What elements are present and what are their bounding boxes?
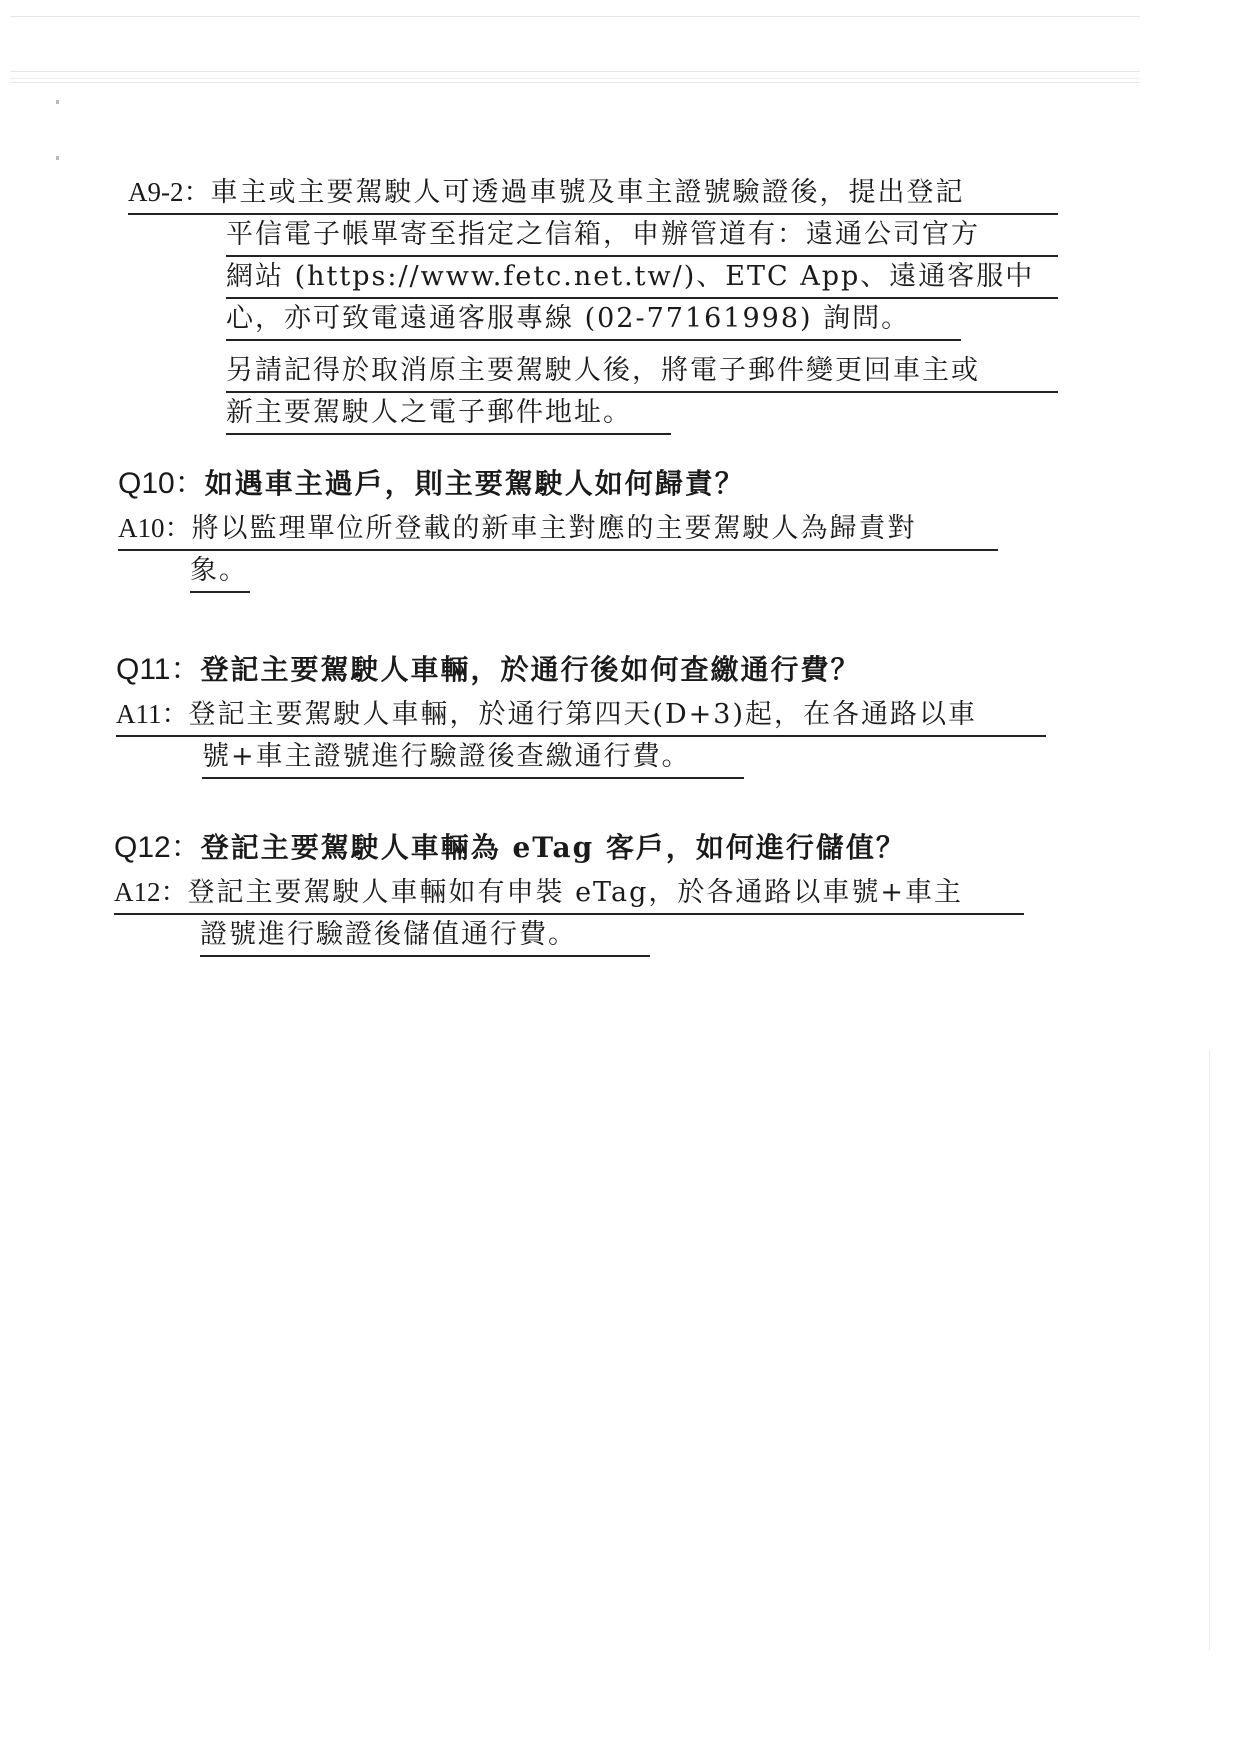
answer-text: 登記主要駕駛人車輛，於通行第四天(D+3)起，在各通路以車 bbox=[189, 699, 978, 730]
answer-line: 心，亦可致電遠通客服專線 (02-77161998) 詢問。 bbox=[226, 299, 961, 341]
question-label: Q11： bbox=[116, 653, 200, 686]
answer-label: A11： bbox=[116, 699, 189, 729]
scan-artifact-line bbox=[10, 78, 1140, 79]
scan-edge-line bbox=[1209, 1050, 1210, 1650]
answer-line: A12：登記主要駕駛人車輛如有申裝 eTag，於各通路以車號+車主 bbox=[114, 872, 1024, 915]
answer-text: 車主或主要駕駛人可透過車號及車主證號驗證後，提出登記 bbox=[211, 177, 965, 208]
answer-a12: A12：登記主要駕駛人車輛如有申裝 eTag，於各通路以車號+車主 證號進行驗證… bbox=[114, 872, 1024, 957]
answer-line: A10：將以監理單位所登載的新車主對應的主要駕駛人為歸責對 bbox=[118, 508, 998, 551]
faq-q12: Q12：登記主要駕駛人車輛為 eTag 客戶，如何進行儲值？ A12：登記主要駕… bbox=[114, 826, 1024, 957]
answer-label: A9-2： bbox=[128, 177, 211, 207]
question-q11: Q11：登記主要駕駛人車輛，於通行後如何查繳通行費？ bbox=[116, 648, 1046, 692]
answer-line: 另請記得於取消原主要駕駛人後，將電子郵件變更回車主或 bbox=[226, 351, 1058, 393]
faq-q10: Q10：如遇車主過戶，則主要駕駛人如何歸責？ A10：將以監理單位所登載的新車主… bbox=[118, 462, 998, 593]
answer-line: 平信電子帳單寄至指定之信箱，申辦管道有：遠通公司官方 bbox=[226, 215, 1058, 257]
answer-line: 證號進行驗證後儲值通行費。 bbox=[200, 915, 650, 957]
scan-artifact-dot bbox=[56, 156, 59, 160]
question-text: 如遇車主過戶，則主要駕駛人如何歸責？ bbox=[205, 467, 745, 500]
scan-artifact-line bbox=[10, 71, 1140, 72]
scan-artifact-line bbox=[10, 82, 1140, 83]
answer-line: 新主要駕駛人之電子郵件地址。 bbox=[226, 393, 671, 435]
answer-label: A10： bbox=[118, 513, 192, 543]
answer-a9-2-body: A9-2：車主或主要駕駛人可透過車號及車主證號驗證後，提出登記 平信電子帳單寄至… bbox=[128, 172, 1058, 435]
answer-line: 網站 (https://www.fetc.net.tw/)、ETC App、遠通… bbox=[226, 257, 1058, 299]
answer-a10: A10：將以監理單位所登載的新車主對應的主要駕駛人為歸責對 象。 bbox=[118, 508, 998, 593]
answer-line: 象。 bbox=[190, 551, 250, 593]
answer-text: 將以監理單位所登載的新車主對應的主要駕駛人為歸責對 bbox=[192, 513, 917, 544]
scan-artifact-line bbox=[10, 16, 1140, 17]
answer-text: 登記主要駕駛人車輛如有申裝 eTag，於各通路以車號+車主 bbox=[188, 877, 963, 908]
question-q10: Q10：如遇車主過戶，則主要駕駛人如何歸責？ bbox=[118, 462, 998, 506]
answer-line: A9-2：車主或主要駕駛人可透過車號及車主證號驗證後，提出登記 bbox=[128, 172, 1058, 215]
answer-line: 號+車主證號進行驗證後查繳通行費。 bbox=[202, 737, 744, 779]
answer-label: A12： bbox=[114, 877, 188, 907]
question-text: 登記主要駕駛人車輛為 eTag 客戶，如何進行儲值？ bbox=[201, 831, 906, 864]
question-label: Q12： bbox=[114, 831, 201, 864]
question-label: Q10： bbox=[118, 467, 205, 500]
answer-a11: A11：登記主要駕駛人車輛，於通行第四天(D+3)起，在各通路以車 號+車主證號… bbox=[116, 694, 1046, 779]
answer-a9-2: A9-2：車主或主要駕駛人可透過車號及車主證號驗證後，提出登記 平信電子帳單寄至… bbox=[128, 172, 1058, 435]
question-q12: Q12：登記主要駕駛人車輛為 eTag 客戶，如何進行儲值？ bbox=[114, 826, 1024, 870]
scan-artifact-dot bbox=[56, 100, 59, 104]
faq-q11: Q11：登記主要駕駛人車輛，於通行後如何查繳通行費？ A11：登記主要駕駛人車輛… bbox=[116, 648, 1046, 779]
answer-line: A11：登記主要駕駛人車輛，於通行第四天(D+3)起，在各通路以車 bbox=[116, 694, 1046, 737]
question-text: 登記主要駕駛人車輛，於通行後如何查繳通行費？ bbox=[200, 653, 860, 686]
